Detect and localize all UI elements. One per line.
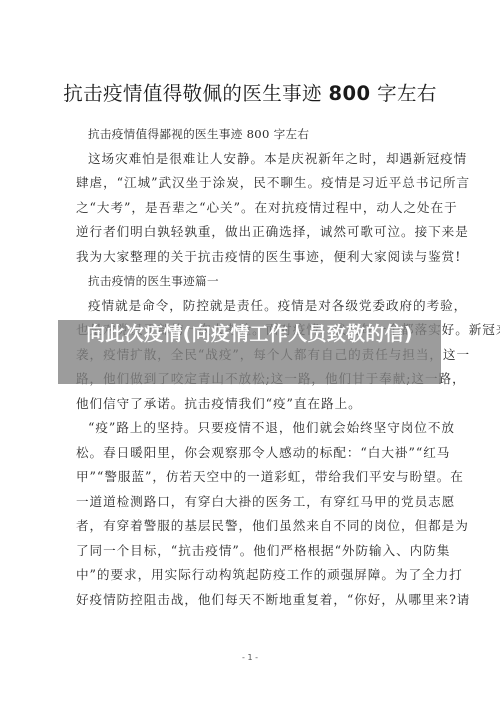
body-line: 逆行者们明白孰轻孰重，做出正确选择，诚然可歌可泣。接下来是 xyxy=(76,220,428,245)
body-line: 一道道检测路口，有穿白大褂的医务工，有穿红马甲的党员志愿 xyxy=(76,490,428,515)
body-line: 者，有穿着警服的基层民警，他们虽然来自不同的岗位，但都是为 xyxy=(76,514,428,539)
body-line: 我为大家整理的关于抗击疫情的医生事迹，便利大家阅读与鉴赏! xyxy=(76,245,428,270)
body-line: 甲”“警服蓝”，仿若天空中的一道彩虹，带给我们平安与盼望。在 xyxy=(76,465,428,490)
body-line: 松。春日暖阳里，你会观察那令人感动的标配：“白大褂”“红马 xyxy=(76,441,428,466)
title-text: 抗击疫情值得敬佩的医生事迹 xyxy=(63,82,322,105)
page-number: - 1 - xyxy=(0,653,500,662)
body-line: 之“大考”，是吾辈之“心关”。在对抗疫情过程中，动人之处在于 xyxy=(76,196,428,221)
title-suffix: 字左右 xyxy=(377,82,437,105)
body-line: 抗击疫情值得鄙视的医生事迹 800 字左右 xyxy=(76,122,428,147)
overlay-title[interactable]: 向此次疫情(向疫情工作人员致敬的信) xyxy=(58,321,441,348)
body-line: 好疫情防控阻击战，他们每天不断地重复着，“你好，从哪里来?请 xyxy=(76,588,428,613)
body-line: 抗击疫情的医生事迹篇一 xyxy=(76,269,428,294)
body-line: “疫”路上的坚持。只要疫情不退，他们就会始终坚守岗位不放 xyxy=(76,416,428,441)
body-line: 疫情就是命令，防控就是责任。疫情是对各级党委政府的考验， xyxy=(76,294,428,319)
body-line: 中”的要求，用实际行动构筑起防疫工作的顽强屏障。为了全力打 xyxy=(76,563,428,588)
body-line: 他们信守了承诺。抗击疫情我们“疫”直在路上。 xyxy=(76,392,428,417)
body-line: 肆虐，“江城”武汉坐于涂炭，民不聊生。疫情是习近平总书记所言 xyxy=(76,171,428,196)
body-line: 了同一个目标，“抗击疫情”。他们严格根据“外防输入、内防集 xyxy=(76,539,428,564)
document-title: 抗击疫情值得敬佩的医生事迹 800 字左右 xyxy=(0,78,500,106)
title-number: 800 xyxy=(329,82,371,105)
body-line: 这场灾难怕是很难让人安静。本是庆祝新年之时，却遇新冠疫情 xyxy=(76,147,428,172)
